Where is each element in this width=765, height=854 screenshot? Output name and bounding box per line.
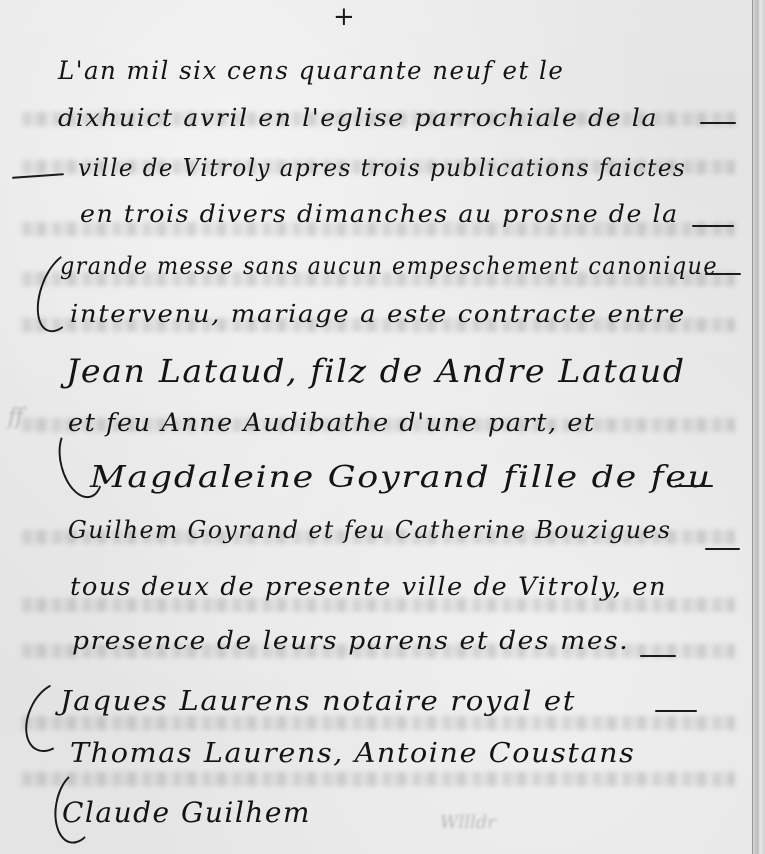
manuscript-line-13-witness: Jaques Laurens notaire royal et: [60, 686, 576, 717]
manuscript-line-11: tous deux de presente ville de Vitroly, …: [70, 572, 667, 601]
line-filler-dash: [692, 225, 734, 227]
manuscript-line-5: grande messe sans aucun empeschement can…: [60, 252, 718, 280]
line-filler-dash: [705, 273, 741, 275]
line-filler-dash: [700, 122, 736, 124]
header-cross-mark: +: [333, 4, 355, 30]
manuscript-line-3: ville de Vitroly apres trois publication…: [78, 154, 686, 182]
bleed-through-shadow: [20, 716, 735, 730]
manuscript-line-12: presence de leurs parens et des mes.: [72, 626, 629, 655]
page-binding-edge: [752, 0, 765, 854]
bleed-through-margin-text: ff: [8, 405, 24, 430]
manuscript-line-6: intervenu, mariage a este contracte entr…: [70, 300, 686, 328]
bleed-through-margin-text: Wllldr: [440, 812, 496, 833]
manuscript-line-4: en trois divers dimanches au prosne de l…: [80, 200, 679, 228]
line-filler-dash: [12, 173, 64, 179]
manuscript-line-14-witnesses: Thomas Laurens, Antoine Coustans: [70, 738, 635, 769]
manuscript-line-7-groom: Jean Lataud, filz de Andre Lataud: [66, 352, 686, 390]
manuscript-line-2: dixhuict avril en l'eglise parrochiale d…: [58, 104, 658, 132]
line-filler-dash: [675, 485, 713, 487]
line-filler-dash: [655, 710, 697, 712]
line-filler-dash: [705, 548, 740, 550]
manuscript-line-1: L'an mil six cens quarante neuf et le: [58, 56, 564, 85]
manuscript-line-10: Guilhem Goyrand et feu Catherine Bouzigu…: [68, 516, 671, 544]
manuscript-line-8: et feu Anne Audibathe d'une part, et: [68, 408, 596, 437]
line-filler-dash: [640, 655, 676, 657]
manuscript-page: ff Wllldr + L'an mil six cens quarante n…: [0, 0, 765, 854]
manuscript-line-9-bride: Magdaleine Goyrand fille de feu: [90, 460, 712, 495]
bleed-through-shadow: [20, 772, 735, 786]
